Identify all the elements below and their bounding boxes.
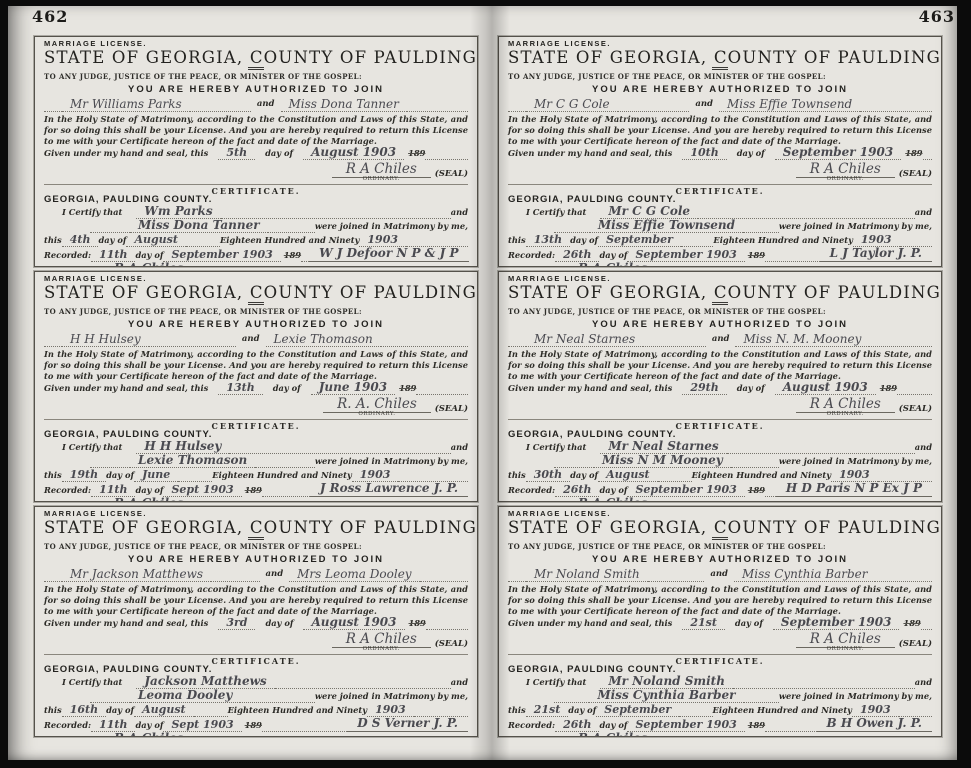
cert-groom-handwritten: Mr C G Cole [600, 205, 698, 219]
license-day-handwritten: 21st [682, 616, 725, 630]
cert-month-handwritten: June [134, 468, 178, 482]
rule-fill [426, 629, 468, 630]
marriage-date-row: this 4th day of August Eighteen Hundred … [44, 233, 468, 247]
license-body-text: In the Holy State of Matrimony, accordin… [44, 584, 468, 616]
cert-bride-handwritten: Miss N M Mooney [594, 454, 731, 468]
and-label: and [251, 97, 281, 112]
given-label: Given under my hand and seal, this [508, 381, 672, 395]
signature-line: R A Chiles [332, 158, 431, 178]
rule-fill [425, 159, 468, 160]
license-names-row: Mr Noland Smith and Miss Cynthia Barber [508, 567, 932, 582]
ordinary-signature-line: R A Chiles [568, 732, 657, 737]
rule-fill [681, 246, 713, 247]
state-heading: STATE OF GEORGIA, COUNTY OF PAULDING. [508, 48, 932, 67]
heading-ornament [248, 537, 264, 540]
i-certify-label: I Certify that [62, 440, 122, 454]
joined-label: were joined in Matrimony by me, [315, 454, 468, 468]
signature-line: R A Chiles [796, 628, 895, 648]
recorded-row: Recorded: 26th day of September 1903 189… [508, 717, 932, 732]
recorded-date-handwritten: Sept 1903 [163, 483, 241, 497]
salutation-line: TO ANY JUDGE, JUSTICE OF THE PEACE, OR M… [44, 72, 468, 82]
ordinary-signature-handwritten: R A Chiles [810, 631, 881, 647]
recorded-date-handwritten: September 1903 [627, 248, 744, 262]
heading-ornament [712, 67, 728, 70]
marriage-record: MARRIAGE LICENSE. STATE OF GEORGIA, COUN… [498, 506, 942, 737]
preprinted-189: 189 [748, 248, 765, 262]
cert-ordinary-signature-handwritten: R A Chiles [114, 496, 183, 502]
i-certify-label: I Certify that [62, 675, 122, 689]
marriage-license-section: MARRIAGE LICENSE. STATE OF GEORGIA, COUN… [44, 39, 468, 182]
cert-year-handwritten: 1903 [831, 468, 878, 482]
preprinted-189: 189 [245, 483, 262, 497]
cert-ordinary-signature-handwritten: R A Chiles [114, 261, 183, 267]
ordinary-signature-handwritten: R A Chiles [810, 396, 881, 412]
rule-fill [508, 581, 526, 582]
marriage-license-section: MARRIAGE LICENSE. STATE OF GEORGIA, COUN… [508, 39, 932, 182]
license-body-text: In the Holy State of Matrimony, accordin… [508, 584, 932, 616]
cert-day-handwritten: 21st [526, 703, 569, 717]
license-body-text: In the Holy State of Matrimony, accordin… [508, 349, 932, 381]
marriage-date-row: this 19th day of June Eighteen Hundred a… [44, 468, 468, 482]
certify-groom-row: I Certify that Mr Noland Smith and [508, 675, 932, 689]
day-of-label: day of [568, 703, 596, 717]
officiant-signature-line: D S Verner J. P. [347, 717, 468, 732]
cert-groom-handwritten: Mr Neal Starnes [600, 440, 726, 454]
eighteen-hundred-label: Eighteen Hundred and Ninety [713, 233, 852, 247]
cert-year-handwritten: 1903 [359, 233, 406, 247]
day-of-label: day of [599, 248, 627, 262]
rule-fill [190, 111, 251, 112]
officiant-signature-line: L J Taylor J. P. [820, 247, 932, 262]
heading-ornament [712, 537, 728, 540]
officiant-signature-line: H D Paris N P Ex J P [776, 482, 932, 497]
cert-month-handwritten: September [596, 703, 679, 717]
signature-line: R A Chiles [796, 158, 895, 178]
day-of-label: day of [737, 146, 765, 160]
certificate-section: CERTIFICATE. GEORGIA, PAULDING COUNTY. I… [508, 419, 932, 502]
seal-label: (SEAL) [435, 167, 468, 182]
rule-fill [643, 346, 706, 347]
records-left: MARRIAGE LICENSE. STATE OF GEORGIA, COUN… [34, 36, 478, 737]
marriage-date-row: this 13th day of September Eighteen Hund… [508, 233, 932, 247]
cert-bride-handwritten: Lexie Thomason [130, 454, 255, 468]
marriage-record: MARRIAGE LICENSE. STATE OF GEORGIA, COUN… [498, 271, 942, 502]
salutation-line: TO ANY JUDGE, JUSTICE OF THE PEACE, OR M… [508, 542, 932, 552]
rule-fill [860, 111, 932, 112]
ordinary-signature-block: R A Chiles ORDINARY. [796, 160, 895, 182]
cert-year-handwritten: 1903 [367, 703, 414, 717]
cert-ordinary-signature-handwritten: R A Chiles [578, 496, 647, 502]
certificate-section: CERTIFICATE. GEORGIA, PAULDING COUNTY. I… [508, 184, 932, 267]
bride-name-handwritten: Lexie Thomason [266, 333, 381, 347]
cert-year-handwritten: 1903 [352, 468, 399, 482]
ordinary-row: R A Chiles Ordinary. [508, 262, 932, 267]
given-label: Given under my hand and seal, this [44, 381, 208, 395]
authorized-line: YOU ARE HEREBY AUTHORIZED TO JOIN [44, 318, 468, 331]
preprinted-189: 189 [284, 248, 301, 262]
recorded-label: Recorded: [508, 718, 555, 732]
cert-month-handwritten: August [134, 703, 194, 717]
groom-name-handwritten: Mr Noland Smith [526, 568, 648, 582]
seal-label: (SEAL) [899, 167, 932, 182]
rule-fill [149, 346, 236, 347]
rule-fill [648, 581, 705, 582]
bride-name-handwritten: Miss Dona Tanner [281, 98, 407, 112]
recorded-date-handwritten: Sept 1903 [163, 718, 241, 732]
license-names-row: Mr C G Cole and Miss Effie Townsend [508, 97, 932, 112]
certify-groom-row: I Certify that Wm Parks and [44, 205, 468, 219]
marriage-record: MARRIAGE LICENSE. STATE OF GEORGIA, COUN… [34, 506, 478, 737]
marriage-license-section: MARRIAGE LICENSE. STATE OF GEORGIA, COUN… [508, 509, 932, 652]
cert-day-handwritten: 16th [62, 703, 106, 717]
recorded-day-handwritten: 26th [555, 483, 599, 497]
rule-fill [897, 394, 932, 395]
license-names-row: Mr Neal Starnes and Miss N. M. Mooney [508, 332, 932, 347]
cert-month-handwritten: August [598, 468, 658, 482]
cert-groom-handwritten: H H Hulsey [136, 440, 229, 454]
joined-label: were joined in Matrimony by me, [779, 454, 932, 468]
rule-fill [869, 346, 932, 347]
seal-label: (SEAL) [435, 637, 468, 652]
ordinary-signature-handwritten: R A Chiles [346, 161, 417, 177]
rule-fill [508, 346, 526, 347]
cert-bride-handwritten: Miss Cynthia Barber [589, 689, 743, 703]
rule-fill [420, 581, 468, 582]
given-label: Given under my hand and seal, this [508, 616, 672, 630]
preprinted-189: 189 [748, 718, 765, 732]
ordinary-signature-line: R A Chiles [104, 262, 193, 267]
groom-name-handwritten: Mr C G Cole [526, 98, 618, 112]
given-label: Given under my hand and seal, this [508, 146, 672, 160]
ordinary-signature-row: R A Chiles ORDINARY. (SEAL) [508, 160, 932, 182]
joined-label: were joined in Matrimony by me, [779, 689, 932, 703]
certify-groom-row: I Certify that Mr Neal Starnes and [508, 440, 932, 454]
and-label: and [236, 332, 266, 347]
marriage-license-label: MARRIAGE LICENSE. [44, 509, 468, 518]
marriage-record: MARRIAGE LICENSE. STATE OF GEORGIA, COUN… [34, 271, 478, 502]
license-names-row: H H Hulsey and Lexie Thomason [44, 332, 468, 347]
marriage-record: MARRIAGE LICENSE. STATE OF GEORGIA, COUN… [34, 36, 478, 267]
and-label: and [915, 440, 932, 454]
and-label: and [451, 205, 468, 219]
day-of-label: day of [135, 718, 163, 732]
cert-day-handwritten: 30th [526, 468, 570, 482]
ordinary-label: Ordinary. [193, 733, 236, 737]
this-label: this [44, 703, 62, 717]
groom-name-handwritten: H H Hulsey [62, 333, 149, 347]
recorded-row: Recorded: 11th day of Sept 1903 189 D S … [44, 717, 468, 732]
state-heading: STATE OF GEORGIA, COUNTY OF PAULDING. [44, 283, 468, 302]
groom-name-handwritten: Mr Neal Starnes [526, 333, 643, 347]
day-of-label: day of [599, 718, 627, 732]
marriage-license-section: MARRIAGE LICENSE. STATE OF GEORGIA, COUN… [44, 509, 468, 652]
rule-fill [875, 581, 932, 582]
recorded-day-handwritten: 11th [91, 718, 135, 732]
recorded-label: Recorded: [44, 483, 91, 497]
county-label: GEORGIA, PAULDING COUNTY. [508, 194, 932, 205]
recorded-label: Recorded: [44, 248, 91, 262]
heading-ornament [248, 302, 264, 305]
license-day-handwritten: 10th [682, 146, 726, 160]
certificate-section: CERTIFICATE. GEORGIA, PAULDING COUNTY. I… [44, 419, 468, 502]
given-label: Given under my hand and seal, this [44, 616, 208, 630]
rule-fill [923, 159, 932, 160]
cert-bride-handwritten: Miss Effie Townsend [590, 219, 743, 233]
cert-month-handwritten: August [126, 233, 186, 247]
recorded-day-handwritten: 26th [555, 718, 599, 732]
marriage-date-row: this 21st day of September Eighteen Hund… [508, 703, 932, 717]
and-label: and [706, 332, 736, 347]
cert-day-handwritten: 13th [526, 233, 570, 247]
marriage-license-label: MARRIAGE LICENSE. [44, 274, 468, 283]
ordinary-signature-line: R A Chiles [568, 497, 657, 502]
signature-line: R A Chiles [332, 628, 431, 648]
this-label: this [44, 233, 62, 247]
ordinary-row: R A Chiles Ordinary. [44, 732, 468, 737]
license-names-row: Mr Williams Parks and Miss Dona Tanner [44, 97, 468, 112]
day-of-label: day of [735, 616, 763, 630]
marriage-date-row: this 30th day of August Eighteen Hundred… [508, 468, 932, 482]
groom-name-handwritten: Mr Jackson Matthews [62, 568, 211, 582]
day-of-label: day of [570, 233, 598, 247]
salutation-line: TO ANY JUDGE, JUSTICE OF THE PEACE, OR M… [508, 307, 932, 317]
preprinted-189: 189 [748, 483, 765, 497]
this-label: this [44, 468, 62, 482]
and-label: and [704, 567, 734, 582]
salutation-line: TO ANY JUDGE, JUSTICE OF THE PEACE, OR M… [44, 307, 468, 317]
rule-fill [301, 261, 309, 262]
joined-label: were joined in Matrimony by me, [315, 689, 468, 703]
cert-ordinary-signature-handwritten: R A Chiles [578, 261, 647, 267]
eighteen-hundred-label: Eighteen Hundred and Ninety [228, 703, 367, 717]
certify-bride-row: Miss N M Mooney were joined in Matrimony… [508, 454, 932, 468]
ordinary-signature-handwritten: R A Chiles [810, 161, 881, 177]
bride-name-handwritten: Miss Cynthia Barber [734, 568, 876, 582]
recorded-row: Recorded: 11th day of Sept 1903 189 J Ro… [44, 482, 468, 497]
cert-ordinary-signature-handwritten: R A Chiles [114, 731, 183, 737]
ordinary-signature-block: R A Chiles ORDINARY. [796, 630, 895, 652]
certificate-section: CERTIFICATE. GEORGIA, PAULDING COUNTY. I… [44, 184, 468, 267]
recorded-row: Recorded: 11th day of September 1903 189… [44, 247, 468, 262]
recorded-label: Recorded: [508, 248, 555, 262]
joined-label: were joined in Matrimony by me, [779, 219, 932, 233]
ordinary-signature-line: R A Chiles [104, 732, 193, 737]
eighteen-hundred-label: Eighteen Hundred and Ninety [220, 233, 359, 247]
day-of-label: day of [599, 483, 627, 497]
and-label: and [451, 675, 468, 689]
ordinary-signature-row: R A Chiles ORDINARY. (SEAL) [44, 630, 468, 652]
certify-groom-row: I Certify that Mr C G Cole and [508, 205, 932, 219]
day-of-label: day of [273, 381, 301, 395]
ordinary-signature-block: R A Chiles ORDINARY. [796, 395, 895, 417]
recorded-row: Recorded: 26th day of September 1903 189… [508, 482, 932, 497]
certify-bride-row: Miss Dona Tanner were joined in Matrimon… [44, 219, 468, 233]
marriage-date-row: this 16th day of August Eighteen Hundred… [44, 703, 468, 717]
ordinary-signature-row: R A Chiles ORDINARY. (SEAL) [508, 395, 932, 417]
rule-fill [921, 629, 932, 630]
ordinary-signature-handwritten: R A Chiles [346, 631, 417, 647]
officiant-signature-handwritten: L J Taylor J. P. [830, 246, 922, 260]
rule-fill [44, 346, 62, 347]
joined-label: were joined in Matrimony by me, [315, 219, 468, 233]
page-number-right: 463 [919, 7, 955, 26]
license-body-text: In the Holy State of Matrimony, accordin… [44, 114, 468, 146]
recorded-label: Recorded: [508, 483, 555, 497]
ordinary-row: R A Chiles Ordinary. [44, 497, 468, 502]
ordinary-signature-row: R. A. Chiles ORDINARY. (SEAL) [44, 395, 468, 417]
marriage-license-label: MARRIAGE LICENSE. [508, 274, 932, 283]
bride-name-handwritten: Miss Effie Townsend [719, 98, 860, 112]
license-day-handwritten: 13th [218, 381, 262, 395]
rule-fill [211, 581, 259, 582]
recorded-date-handwritten: September 1903 [627, 483, 744, 497]
cert-groom-handwritten: Wm Parks [136, 205, 220, 219]
day-of-label: day of [737, 381, 765, 395]
cert-day-handwritten: 19th [62, 468, 106, 482]
state-heading: STATE OF GEORGIA, COUNTY OF PAULDING. [44, 518, 468, 537]
this-label: this [508, 703, 526, 717]
officiant-signature-line: W J Defoor N P & J P [309, 247, 468, 262]
eighteen-hundred-label: Eighteen Hundred and Ninety [212, 468, 351, 482]
recorded-date-handwritten: September 1903 [627, 718, 744, 732]
and-label: and [451, 440, 468, 454]
certificate-section: CERTIFICATE. GEORGIA, PAULDING COUNTY. I… [508, 654, 932, 737]
rule-fill [679, 716, 712, 717]
day-of-label: day of [106, 468, 134, 482]
ordinary-label: Ordinary. [657, 498, 700, 502]
authorized-line: YOU ARE HEREBY AUTHORIZED TO JOIN [508, 553, 932, 566]
license-body-text: In the Holy State of Matrimony, accordin… [44, 349, 468, 381]
register-book-spread: 462 463 MARRIAGE LICENSE. STATE OF GEORG… [8, 6, 957, 760]
heading-ornament [248, 67, 264, 70]
authorized-line: YOU ARE HEREBY AUTHORIZED TO JOIN [508, 83, 932, 96]
rule-fill [178, 481, 212, 482]
day-of-label: day of [265, 146, 293, 160]
and-label: and [915, 675, 932, 689]
cert-bride-handwritten: Miss Dona Tanner [130, 219, 268, 233]
rule-fill [381, 346, 468, 347]
rule-fill [765, 261, 820, 262]
rule-fill [618, 111, 690, 112]
recorded-day-handwritten: 11th [91, 483, 135, 497]
i-certify-label: I Certify that [62, 205, 122, 219]
and-label: and [915, 205, 932, 219]
given-label: Given under my hand and seal, this [44, 146, 208, 160]
this-label: this [508, 468, 526, 482]
ordinary-label: Ordinary. [193, 498, 236, 502]
recorded-date-handwritten: September 1903 [163, 248, 280, 262]
marriage-record: MARRIAGE LICENSE. STATE OF GEORGIA, COUN… [498, 36, 942, 267]
county-label: GEORGIA, PAULDING COUNTY. [44, 429, 468, 440]
ordinary-signature-block: R. A. Chiles ORDINARY. [323, 395, 431, 417]
i-certify-label: I Certify that [526, 675, 586, 689]
officiant-signature-line: B H Owen J. P. [817, 717, 932, 732]
cert-ordinary-signature-handwritten: R A Chiles [578, 731, 647, 737]
cert-groom-handwritten: Jackson Matthews [136, 675, 274, 689]
seal-label: (SEAL) [899, 402, 932, 417]
marriage-license-label: MARRIAGE LICENSE. [508, 39, 932, 48]
state-heading: STATE OF GEORGIA, COUNTY OF PAULDING. [508, 283, 932, 302]
and-label: and [260, 567, 290, 582]
this-label: this [508, 233, 526, 247]
ordinary-row: R A Chiles Ordinary. [508, 497, 932, 502]
marriage-license-section: MARRIAGE LICENSE. STATE OF GEORGIA, COUN… [44, 274, 468, 417]
ordinary-signature-row: R A Chiles ORDINARY. (SEAL) [508, 630, 932, 652]
rule-fill [508, 111, 526, 112]
cert-bride-handwritten: Leoma Dooley [130, 689, 240, 703]
preprinted-189: 189 [905, 146, 922, 160]
i-certify-label: I Certify that [526, 205, 586, 219]
signature-line: R A Chiles [796, 393, 895, 413]
county-label: GEORGIA, PAULDING COUNTY. [508, 429, 932, 440]
page-463: MARRIAGE LICENSE. STATE OF GEORGIA, COUN… [498, 36, 942, 748]
officiant-signature-handwritten: B H Owen J. P. [827, 716, 922, 730]
rule-fill [262, 731, 347, 732]
ordinary-signature-block: R A Chiles ORDINARY. [332, 160, 431, 182]
ordinary-signature-line: R A Chiles [104, 497, 193, 502]
day-of-label: day of [135, 483, 163, 497]
marriage-license-label: MARRIAGE LICENSE. [44, 39, 468, 48]
certify-bride-row: Leoma Dooley were joined in Matrimony by… [44, 689, 468, 703]
heading-ornament [712, 302, 728, 305]
cert-groom-handwritten: Mr Noland Smith [600, 675, 733, 689]
ordinary-label: Ordinary. [193, 263, 236, 267]
officiant-signature-handwritten: J Ross Lawrence J. P. [320, 481, 458, 495]
seal-label: (SEAL) [435, 402, 468, 417]
officiant-signature-handwritten: H D Paris N P Ex J P [786, 481, 922, 495]
eighteen-hundred-label: Eighteen Hundred and Ninety [713, 703, 852, 717]
seal-label: (SEAL) [899, 637, 932, 652]
cert-year-handwritten: 1903 [853, 233, 900, 247]
salutation-line: TO ANY JUDGE, JUSTICE OF THE PEACE, OR M… [44, 542, 468, 552]
recorded-label: Recorded: [44, 718, 91, 732]
page-462: MARRIAGE LICENSE. STATE OF GEORGIA, COUN… [34, 36, 478, 748]
rule-fill [407, 111, 468, 112]
state-heading: STATE OF GEORGIA, COUNTY OF PAULDING. [508, 518, 932, 537]
officiant-signature-line: J Ross Lawrence J. P. [310, 482, 468, 497]
ordinary-signature-row: R A Chiles ORDINARY. (SEAL) [44, 160, 468, 182]
records-right: MARRIAGE LICENSE. STATE OF GEORGIA, COUN… [498, 36, 942, 737]
bride-name-handwritten: Miss N. M. Mooney [735, 333, 869, 347]
day-of-label: day of [135, 248, 163, 262]
license-day-handwritten: 29th [682, 381, 726, 395]
certify-bride-row: Miss Effie Townsend were joined in Matri… [508, 219, 932, 233]
marriage-license-label: MARRIAGE LICENSE. [508, 509, 932, 518]
cert-year-handwritten: 1903 [852, 703, 899, 717]
ordinary-label: Ordinary. [657, 733, 700, 737]
rule-fill [765, 496, 776, 497]
license-names-row: Mr Jackson Matthews and Mrs Leoma Dooley [44, 567, 468, 582]
cert-month-handwritten: September [598, 233, 681, 247]
page-number-left: 462 [32, 7, 68, 26]
ordinary-signature-block: R A Chiles ORDINARY. [332, 630, 431, 652]
marriage-license-section: MARRIAGE LICENSE. STATE OF GEORGIA, COUN… [508, 274, 932, 417]
authorized-line: YOU ARE HEREBY AUTHORIZED TO JOIN [508, 318, 932, 331]
cert-day-handwritten: 4th [62, 233, 99, 247]
ordinary-signature-line: R A Chiles [568, 262, 657, 267]
recorded-day-handwritten: 11th [91, 248, 135, 262]
preprinted-189: 189 [245, 718, 262, 732]
day-of-label: day of [265, 616, 293, 630]
recorded-day-handwritten: 26th [555, 248, 599, 262]
ordinary-row: R A Chiles Ordinary. [44, 262, 468, 267]
signature-line: R. A. Chiles [323, 393, 431, 413]
officiant-signature-handwritten: D S Verner J. P. [357, 716, 458, 730]
authorized-line: YOU ARE HEREBY AUTHORIZED TO JOIN [44, 83, 468, 96]
certify-groom-row: I Certify that H H Hulsey and [44, 440, 468, 454]
i-certify-label: I Certify that [526, 440, 586, 454]
certify-groom-row: I Certify that Jackson Matthews and [44, 675, 468, 689]
